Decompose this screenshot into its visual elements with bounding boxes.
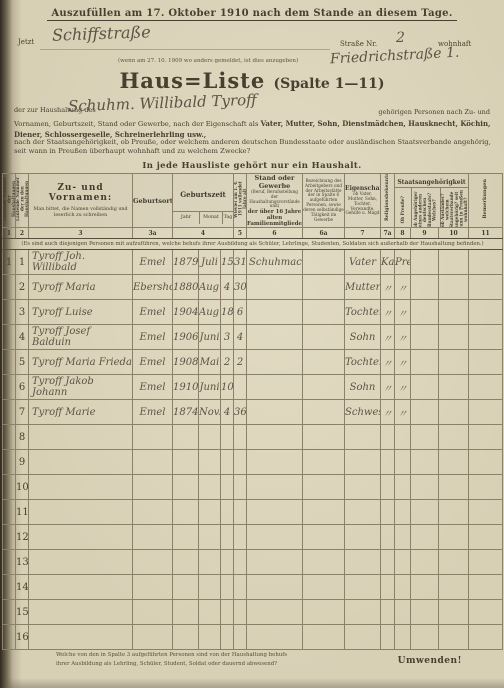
person-number-cell: 3 <box>16 300 29 325</box>
birthplace-cell: Emel <box>133 300 173 325</box>
household-number-cell <box>3 350 16 375</box>
foreign-state-cell <box>439 275 469 300</box>
prussian-cell <box>395 550 411 575</box>
birth-month-cell: Juni <box>199 375 221 400</box>
person-number-cell: 7 <box>16 400 29 425</box>
relation-cell <box>345 600 381 625</box>
birth-day-cell <box>221 625 234 650</box>
birth-month-cell <box>199 525 221 550</box>
other-german-state-cell <box>411 500 439 525</box>
birthplace-cell <box>133 550 173 575</box>
occupation-cell <box>247 275 303 300</box>
employer-cell <box>303 450 345 475</box>
birth-year-cell: 1910 <box>173 375 199 400</box>
remarks-cell <box>469 275 503 300</box>
birth-month-cell <box>199 625 221 650</box>
birth-year-cell <box>173 625 199 650</box>
prussian-cell: 〃 <box>395 275 411 300</box>
age-cell <box>234 425 247 450</box>
other-german-state-cell <box>411 400 439 425</box>
household-number-cell <box>3 575 16 600</box>
occupation-cell <box>247 475 303 500</box>
employer-cell <box>303 600 345 625</box>
name-cell <box>29 425 133 450</box>
employer-cell <box>303 550 345 575</box>
prussian-cell <box>395 475 411 500</box>
person-number-cell: 10 <box>16 475 29 500</box>
geburtszeit-label: Geburtszeit <box>173 178 233 211</box>
employer-cell <box>303 475 345 500</box>
prussian-cell: 〃 <box>395 400 411 425</box>
birthplace-cell <box>133 600 173 625</box>
remarks-cell <box>469 625 503 650</box>
foreign-state-cell <box>439 500 469 525</box>
prussian-cell: 〃 <box>395 325 411 350</box>
birthplace-cell: Emel <box>133 325 173 350</box>
col9-header-text: ob Angehöriger eines anderen deutschen B… <box>414 188 437 228</box>
prussian-cell <box>395 425 411 450</box>
foreign-state-cell <box>439 375 469 400</box>
person-number-cell: 1 <box>16 250 29 275</box>
age-cell <box>234 450 247 475</box>
occupation-cell <box>247 625 303 650</box>
col7a-header-text: Religionsbekenntnis <box>385 177 390 221</box>
page-title: Haus=Liste (Spalte 1—11) <box>0 68 504 93</box>
name-cell: Tyroff Luise <box>29 300 133 325</box>
scanned-census-form: { "colors": { "paper": "#d8d0b5", "print… <box>0 0 504 688</box>
birth-day-cell: 18 <box>221 300 234 325</box>
col6-header: Stand oder Gewerbe (Beruf, Berufsstellun… <box>247 174 303 228</box>
table-row: 3 Tyroff Luise Emel 1904 Aug. 18 6 Tocht… <box>3 300 503 325</box>
birth-year-cell <box>173 425 199 450</box>
birth-month-cell: Mai <box>199 350 221 375</box>
birth-month-cell: Juli <box>199 250 221 275</box>
birthplace-cell: Emel <box>133 350 173 375</box>
remarks-cell <box>469 300 503 325</box>
birth-month-cell: Juni <box>199 325 221 350</box>
previous-address-handwritten: Friedrichstraße 1. <box>330 45 460 68</box>
foreign-state-cell <box>439 400 469 425</box>
remarks-cell <box>469 375 503 400</box>
birth-month-cell <box>199 475 221 500</box>
col5-header: Wieviel am 1. 4. 1911 vollendet Jahre al… <box>234 174 247 228</box>
employer-cell <box>303 275 345 300</box>
strasse-nr-label: Straße Nr. <box>340 40 377 48</box>
relation-cell <box>345 575 381 600</box>
staatsangehoerigkeit-label: Staatsangehörigkeit <box>395 178 468 188</box>
table-row: 7 Tyroff Marie Emel 1874 Nov. 4 36 Schwe… <box>3 400 503 425</box>
foreign-state-cell <box>439 425 469 450</box>
table-row: 16 <box>3 625 503 650</box>
birthplace-cell <box>133 525 173 550</box>
age-cell <box>234 575 247 600</box>
birth-month-cell: Nov. <box>199 400 221 425</box>
other-german-state-cell <box>411 350 439 375</box>
birth-day-cell <box>221 500 234 525</box>
table-row: 6 Tyroff Jakob Johann Emel 1910 Juni 10 … <box>3 375 503 400</box>
birth-year-cell: 1880 <box>173 275 199 300</box>
birth-year-cell <box>173 600 199 625</box>
birthplace-cell: Emel <box>133 375 173 400</box>
religion-cell <box>381 625 395 650</box>
relation-cell <box>345 450 381 475</box>
occupation-cell <box>247 600 303 625</box>
name-cell: Tyroff Maria Frieda <box>29 350 133 375</box>
col8-header: Ob Preuße? <box>395 188 412 228</box>
age-cell: 31 <box>234 250 247 275</box>
foreign-state-cell <box>439 300 469 325</box>
foreign-state-cell <box>439 575 469 600</box>
intro-lead-right: gehörigen Personen nach Zu- und <box>378 108 490 116</box>
colnum-11: 11 <box>469 228 503 239</box>
birthplace-cell <box>133 450 173 475</box>
household-number-cell: 1 <box>3 250 16 275</box>
occupation-cell: Schuhmacher <box>247 250 303 275</box>
table-row: 4 Tyroff Josef Balduin Emel 1906 Juni 3 … <box>3 325 503 350</box>
name-cell <box>29 500 133 525</box>
name-cell: Tyroff Maria <box>29 275 133 300</box>
col10-header-text: ob Ausländer? welchem Staatsverbande ang… <box>441 188 469 228</box>
birth-month-cell <box>199 425 221 450</box>
relation-cell: Vater <box>345 250 381 275</box>
religion-cell <box>381 475 395 500</box>
foreign-state-cell <box>439 625 469 650</box>
table-note-text: (Es sind auch diejenigen Personen mit au… <box>3 239 503 250</box>
tag-subheader: Tag <box>223 212 233 224</box>
name-cell: Tyroff Joh. Willibald <box>29 250 133 275</box>
birthplace-cell: Ebershof <box>133 275 173 300</box>
colnum-1: 1 <box>3 228 16 239</box>
name-cell <box>29 475 133 500</box>
occupation-cell <box>247 550 303 575</box>
table-row: 9 <box>3 450 503 475</box>
religion-cell: 〃 <box>381 350 395 375</box>
colnum-6a: 6a <box>303 228 345 239</box>
birth-day-cell: 2 <box>221 350 234 375</box>
age-cell: 2 <box>234 350 247 375</box>
table-row: 1 1 Tyroff Joh. Willibald Emel 1879 Juli… <box>3 250 503 275</box>
employer-cell <box>303 375 345 400</box>
age-cell: 30 <box>234 275 247 300</box>
col7-header: Eigenschaft: ob Vater, Mutter, Sohn, Toc… <box>345 174 381 228</box>
relation-cell: Tochter <box>345 300 381 325</box>
strasse-nr-handwritten: 2 <box>396 30 405 46</box>
birth-year-cell <box>173 475 199 500</box>
name-cell <box>29 525 133 550</box>
name-cell: Tyroff Marie <box>29 400 133 425</box>
table-row: 2 Tyroff Maria Ebershof 1880 Aug. 4 30 M… <box>3 275 503 300</box>
col1-header-text: Laufende Nummer der Haushaltungen <box>3 177 16 221</box>
other-german-state-cell <box>411 300 439 325</box>
fill-in-instruction: Auszufüllen am 17. Oktober 1910 nach dem… <box>0 8 504 19</box>
remarks-cell <box>469 600 503 625</box>
religion-cell <box>381 450 395 475</box>
person-number-cell: 12 <box>16 525 29 550</box>
age-cell <box>234 375 247 400</box>
prussian-cell <box>395 625 411 650</box>
other-german-state-cell <box>411 250 439 275</box>
birth-day-cell <box>221 450 234 475</box>
col3-header: Zu- und Vornamen: Man bittet, die Namen … <box>29 174 133 228</box>
age-cell <box>234 500 247 525</box>
age-cell <box>234 550 247 575</box>
occupation-cell <box>247 400 303 425</box>
employer-cell <box>303 400 345 425</box>
religion-cell <box>381 425 395 450</box>
employer-cell <box>303 500 345 525</box>
one-household-rule: In jede Hausliste gehört nur ein Haushal… <box>0 161 504 171</box>
prussian-cell: 〃 <box>395 300 411 325</box>
previous-address-note: (wenn am 27. 10. 1909 wo anders gemeldet… <box>118 58 298 64</box>
occupation-cell <box>247 500 303 525</box>
col7a-header: Religionsbekenntnis <box>381 174 395 228</box>
remarks-cell <box>469 350 503 375</box>
person-number-cell: 13 <box>16 550 29 575</box>
birth-day-cell: 4 <box>221 400 234 425</box>
other-german-state-cell <box>411 275 439 300</box>
table-header-row: Laufende Nummer der Haushaltungen Laufen… <box>3 174 503 228</box>
col3a-header: Geburtsort <box>133 174 173 228</box>
intro-nationality-question: nach der Staatsangehörigkeit, ob Preuße,… <box>14 138 492 156</box>
remarks-cell <box>469 325 503 350</box>
birth-month-cell <box>199 500 221 525</box>
colnum-3a: 3a <box>133 228 173 239</box>
table-row: 12 <box>3 525 503 550</box>
birthplace-cell <box>133 500 173 525</box>
geburtszeit-group-header: Geburtszeit Jahr Monat Tag <box>173 174 234 228</box>
foreign-state-cell <box>439 550 469 575</box>
age-cell: 6 <box>234 300 247 325</box>
household-number-cell <box>3 525 16 550</box>
person-number-cell: 8 <box>16 425 29 450</box>
colnum-2: 2 <box>16 228 29 239</box>
colnum-3: 3 <box>29 228 133 239</box>
person-number-cell: 16 <box>16 625 29 650</box>
household-number-cell <box>3 300 16 325</box>
remarks-cell <box>469 575 503 600</box>
household-number-cell <box>3 450 16 475</box>
age-cell <box>234 600 247 625</box>
person-number-cell: 9 <box>16 450 29 475</box>
prussian-cell <box>395 450 411 475</box>
prussian-cell <box>395 525 411 550</box>
column-numbers-row: 1 2 3 3a 4 5 6 6a 7 7a 8 9 10 11 <box>3 228 503 239</box>
colnum-8: 8 <box>395 228 411 239</box>
household-number-cell <box>3 500 16 525</box>
other-german-state-cell <box>411 450 439 475</box>
colnum-9: 9 <box>411 228 439 239</box>
birth-month-cell <box>199 575 221 600</box>
religion-cell <box>381 550 395 575</box>
age-cell: 36 <box>234 400 247 425</box>
employer-cell <box>303 300 345 325</box>
col11-header: Bemerkungen <box>469 174 503 228</box>
age-cell <box>234 475 247 500</box>
age-cell <box>234 625 247 650</box>
other-german-state-cell <box>411 525 439 550</box>
person-number-cell: 6 <box>16 375 29 400</box>
col3-title: Zu- und Vornamen: <box>29 183 132 205</box>
birth-day-cell: 15 <box>221 250 234 275</box>
remarks-cell <box>469 425 503 450</box>
jahr-subheader: Jahr <box>173 212 200 224</box>
occupation-cell <box>247 425 303 450</box>
prussian-cell: 〃 <box>395 375 411 400</box>
table-row: 10 <box>3 475 503 500</box>
col3-note: Man bittet, die Namen vollständig und le… <box>29 207 132 219</box>
current-street-handwritten: Schiffstraße <box>52 22 151 44</box>
birth-year-cell: 1908 <box>173 350 199 375</box>
occupation-cell <box>247 575 303 600</box>
person-number-cell: 5 <box>16 350 29 375</box>
name-cell <box>29 575 133 600</box>
employer-cell <box>303 575 345 600</box>
birth-month-cell: Aug. <box>199 275 221 300</box>
prussian-cell: Preuße <box>395 250 411 275</box>
colnum-7: 7 <box>345 228 381 239</box>
other-german-state-cell <box>411 375 439 400</box>
table-note-row: (Es sind auch diejenigen Personen mit au… <box>3 239 503 250</box>
household-number-cell <box>3 600 16 625</box>
prussian-cell <box>395 600 411 625</box>
occupation-cell <box>247 375 303 400</box>
other-german-state-cell <box>411 550 439 575</box>
age-cell: 4 <box>234 325 247 350</box>
footer-question-line1: Welche von den in Spalte 3 aufgeführten … <box>56 651 287 660</box>
birth-year-cell <box>173 575 199 600</box>
relation-cell: Mutter <box>345 275 381 300</box>
religion-cell: 〃 <box>381 300 395 325</box>
employer-cell <box>303 250 345 275</box>
relation-cell: Sohn <box>345 325 381 350</box>
birth-day-cell <box>221 600 234 625</box>
age-cell <box>234 525 247 550</box>
table-row: 11 <box>3 500 503 525</box>
household-number-cell <box>3 275 16 300</box>
col7-sub: ob Vater, Mutter, Sohn, Tochter, Verwand… <box>345 192 380 216</box>
col6-title: Stand oder Gewerbe <box>247 174 302 190</box>
name-cell <box>29 550 133 575</box>
employer-cell <box>303 325 345 350</box>
religion-cell <box>381 525 395 550</box>
relation-cell: Sohn <box>345 375 381 400</box>
relation-cell <box>345 500 381 525</box>
footer-question-line2: ihrer Ausbildung als Lehrling, Schüler, … <box>56 660 287 669</box>
remarks-cell <box>469 525 503 550</box>
birth-day-cell <box>221 425 234 450</box>
footer-question: Welche von den in Spalte 3 aufgeführten … <box>56 651 287 668</box>
table-row: 13 <box>3 550 503 575</box>
relation-cell: Tochter <box>345 350 381 375</box>
col10-header: ob Ausländer? welchem Staatsverbande ang… <box>441 188 469 228</box>
household-number-cell <box>3 550 16 575</box>
religion-cell: 〃 <box>381 400 395 425</box>
occupation-cell <box>247 300 303 325</box>
col2-header: Laufende Nummer der zu den Haushaltungen… <box>16 174 29 228</box>
household-head-handwritten: Schuhm. Willibald Tyroff <box>68 91 257 116</box>
person-number-cell: 14 <box>16 575 29 600</box>
hausliste-table: Laufende Nummer der Haushaltungen Laufen… <box>2 173 503 650</box>
birthplace-cell: Emel <box>133 400 173 425</box>
birth-month-cell <box>199 600 221 625</box>
birthplace-cell <box>133 625 173 650</box>
col1-header: Laufende Nummer der Haushaltungen <box>3 174 16 228</box>
religion-cell: 〃 <box>381 375 395 400</box>
relation-cell <box>345 625 381 650</box>
table-row: 8 <box>3 425 503 450</box>
birthplace-cell: Emel <box>133 250 173 275</box>
birth-day-cell: 4 <box>221 275 234 300</box>
col8-header-text: Ob Preuße? <box>401 196 406 223</box>
jetzt-label: Jetzt <box>18 38 34 46</box>
birth-year-cell: 1904 <box>173 300 199 325</box>
foreign-state-cell <box>439 350 469 375</box>
birth-year-cell <box>173 525 199 550</box>
name-cell <box>29 600 133 625</box>
person-number-cell: 2 <box>16 275 29 300</box>
religion-cell <box>381 600 395 625</box>
occupation-cell <box>247 350 303 375</box>
umwenden-label: Umwenden! <box>398 656 462 666</box>
birth-day-cell <box>221 575 234 600</box>
birth-day-cell <box>221 550 234 575</box>
other-german-state-cell <box>411 600 439 625</box>
name-cell <box>29 450 133 475</box>
household-number-cell <box>3 400 16 425</box>
colnum-5: 5 <box>234 228 247 239</box>
other-german-state-cell <box>411 475 439 500</box>
birth-month-cell: Aug. <box>199 300 221 325</box>
remarks-cell <box>469 500 503 525</box>
name-cell: Tyroff Jakob Johann <box>29 375 133 400</box>
remarks-cell <box>469 475 503 500</box>
table-row: 15 <box>3 600 503 625</box>
birthplace-cell <box>133 475 173 500</box>
table-row: 14 <box>3 575 503 600</box>
religion-cell: 〃 <box>381 275 395 300</box>
relation-cell <box>345 475 381 500</box>
col9-header: ob Angehöriger eines anderen deutschen B… <box>412 188 441 228</box>
birth-day-cell: 3 <box>221 325 234 350</box>
page-title-suffix: (Spalte 1—11) <box>274 76 385 92</box>
monat-subheader: Monat <box>200 212 223 224</box>
col5-header-text: Wieviel am 1. 4. 1911 vollendet Jahre al… <box>234 177 247 221</box>
household-number-cell <box>3 375 16 400</box>
foreign-state-cell <box>439 525 469 550</box>
foreign-state-cell <box>439 325 469 350</box>
birth-year-cell <box>173 500 199 525</box>
birthplace-cell <box>133 425 173 450</box>
person-number-cell: 4 <box>16 325 29 350</box>
birth-year-cell: 1879 <box>173 250 199 275</box>
other-german-state-cell <box>411 625 439 650</box>
colnum-7a: 7a <box>381 228 395 239</box>
birth-month-cell <box>199 550 221 575</box>
employer-cell <box>303 350 345 375</box>
other-german-state-cell <box>411 325 439 350</box>
birthplace-cell <box>133 575 173 600</box>
name-cell: Tyroff Josef Balduin <box>29 325 133 350</box>
foreign-state-cell <box>439 250 469 275</box>
relation-cell <box>345 425 381 450</box>
col6-sub: (Beruf, Berufsstellung der Haushaltungsv… <box>247 190 302 209</box>
col2-header-text: Laufende Nummer der zu den Haushaltungen… <box>16 177 29 221</box>
colnum-6: 6 <box>247 228 303 239</box>
birth-year-cell <box>173 450 199 475</box>
other-german-state-cell <box>411 425 439 450</box>
employer-cell <box>303 425 345 450</box>
foreign-state-cell <box>439 450 469 475</box>
